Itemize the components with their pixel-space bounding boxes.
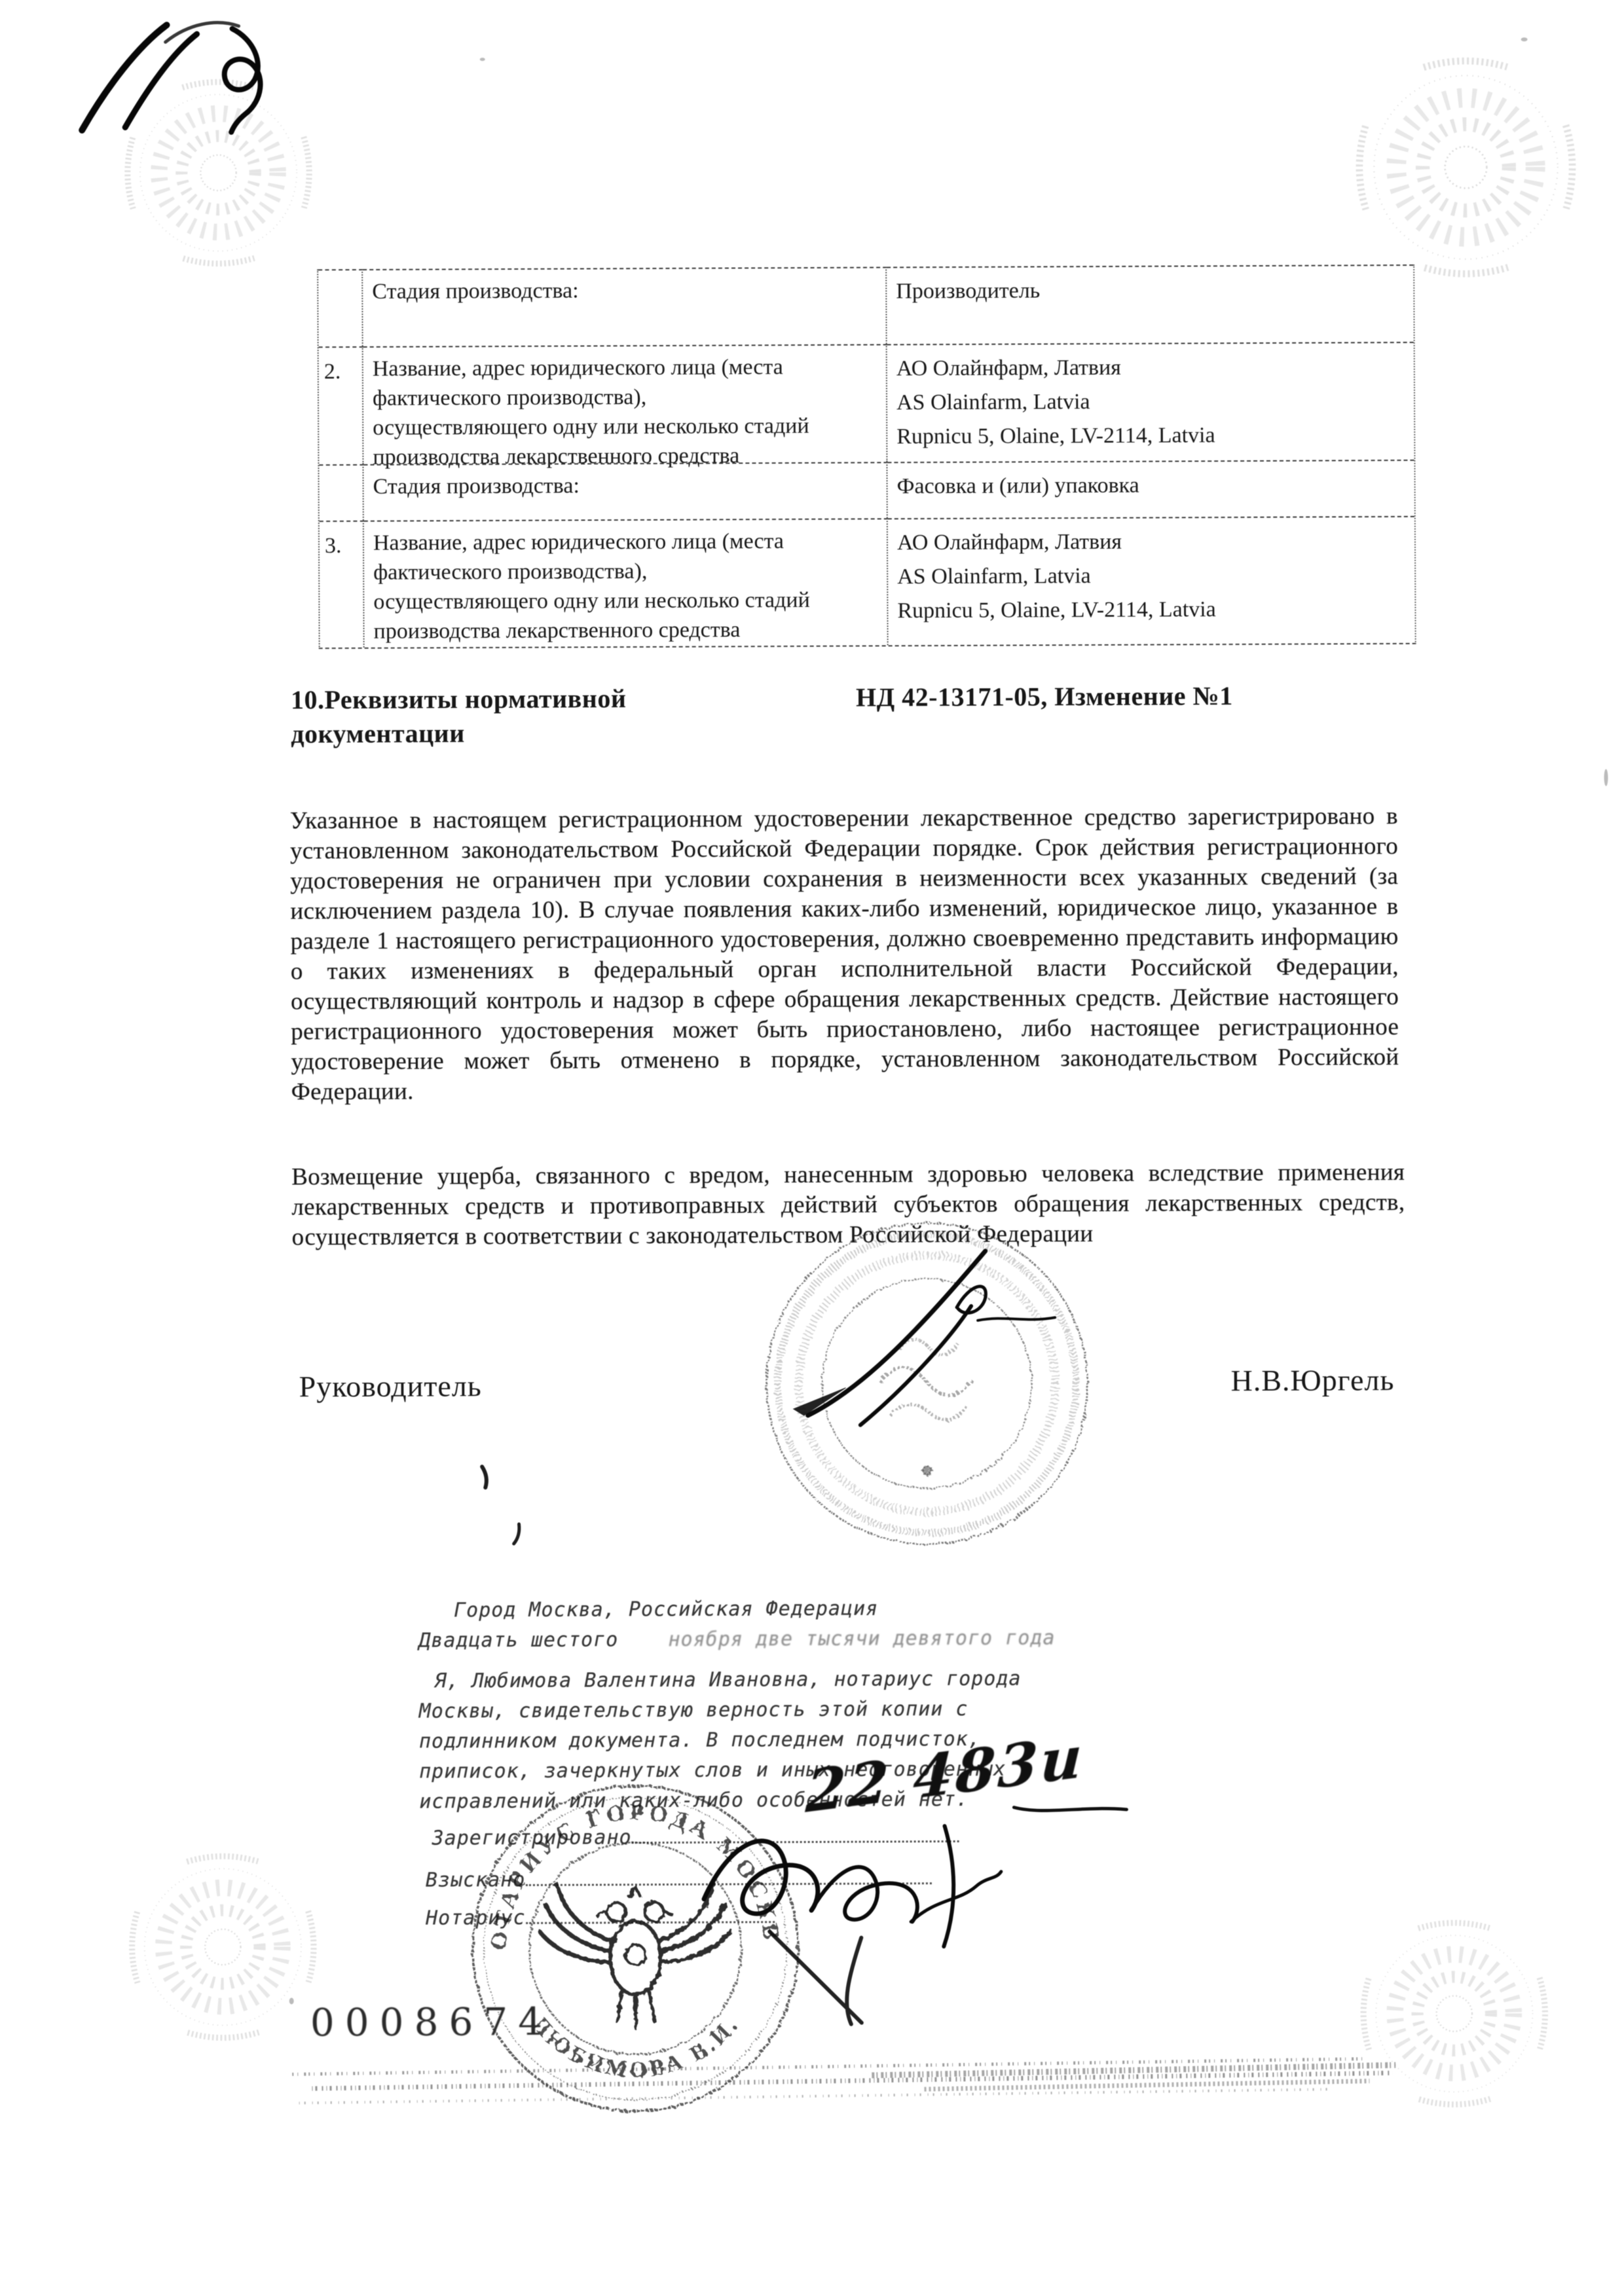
guilloche-rosette-top-right bbox=[1354, 56, 1578, 279]
table-cell-value: АО Олайнфарм, Латвия AS Olainfarm, Latvi… bbox=[888, 516, 1415, 646]
table-row-num: 2. bbox=[319, 346, 364, 464]
notary-city-line: Город Москва, Российская Федерация bbox=[454, 1597, 878, 1622]
scanned-certificate-page: Стадия производства: Производитель 2. На… bbox=[0, 0, 1624, 2296]
director-signature-stroke bbox=[793, 1250, 1056, 1425]
table-cell-value: АО Олайнфарм, Латвия AS Olainfarm, Latvi… bbox=[887, 342, 1414, 462]
notary-signature bbox=[690, 1806, 1005, 2030]
serial-number: 0008674 bbox=[310, 1999, 553, 2045]
notary-date-rest: ноября две тысячи девятого года bbox=[668, 1626, 1055, 1651]
table-cell-label: Название, адрес юридического лица (места… bbox=[363, 344, 888, 464]
notary-body-line: Я, Любимова Валентина Ивановна, нотариус… bbox=[434, 1667, 1021, 1693]
guilloche-rosette-bottom-left bbox=[128, 1851, 318, 2042]
signatory-role: Руководитель bbox=[299, 1368, 481, 1404]
pen-tick-marks bbox=[473, 1461, 552, 1554]
table-cell-label: Название, адрес юридического лица (места… bbox=[364, 518, 889, 647]
scan-artifact bbox=[480, 58, 485, 61]
legal-paragraph-validity: Указанное в настоящем регистрационном уд… bbox=[290, 801, 1399, 1107]
scan-artifact bbox=[289, 1997, 294, 2004]
notary-date-line: Двадцать шестого ноября две тысячи девят… bbox=[418, 1626, 1055, 1652]
table-cell-label: Стадия производства: bbox=[363, 266, 887, 346]
scan-artifact bbox=[1521, 37, 1528, 41]
table-row-num bbox=[318, 269, 363, 346]
smudged-text-band bbox=[282, 2056, 1409, 2127]
handwriting-tail-stroke bbox=[1011, 1793, 1129, 1819]
table-row-num bbox=[319, 464, 363, 520]
federal-service-round-stamp bbox=[761, 1218, 1093, 1550]
notary-date-day: Двадцать шестого bbox=[418, 1628, 618, 1652]
table-cell-value: Фасовка и (или) упаковка bbox=[887, 460, 1414, 519]
section10-value: НД 42-13171-05, Изменение №1 bbox=[856, 679, 1233, 715]
signatory-name: Н.В.Юргель bbox=[1230, 1362, 1394, 1398]
section10-label: 10.Реквизиты нормативной документации bbox=[291, 682, 710, 752]
table-row-num: 3. bbox=[320, 520, 365, 647]
manufacturer-table: Стадия производства: Производитель 2. На… bbox=[317, 264, 1416, 649]
handwritten-corner-mark bbox=[67, 8, 284, 139]
scan-sheet: Стадия производства: Производитель 2. На… bbox=[0, 0, 1624, 2296]
scan-artifact bbox=[1604, 769, 1608, 786]
table-cell-label: Стадия производства: bbox=[363, 462, 887, 520]
notary-body-line: Москвы, свидетельствую верность этой коп… bbox=[419, 1698, 969, 1723]
table-cell-value: Производитель bbox=[887, 264, 1414, 344]
